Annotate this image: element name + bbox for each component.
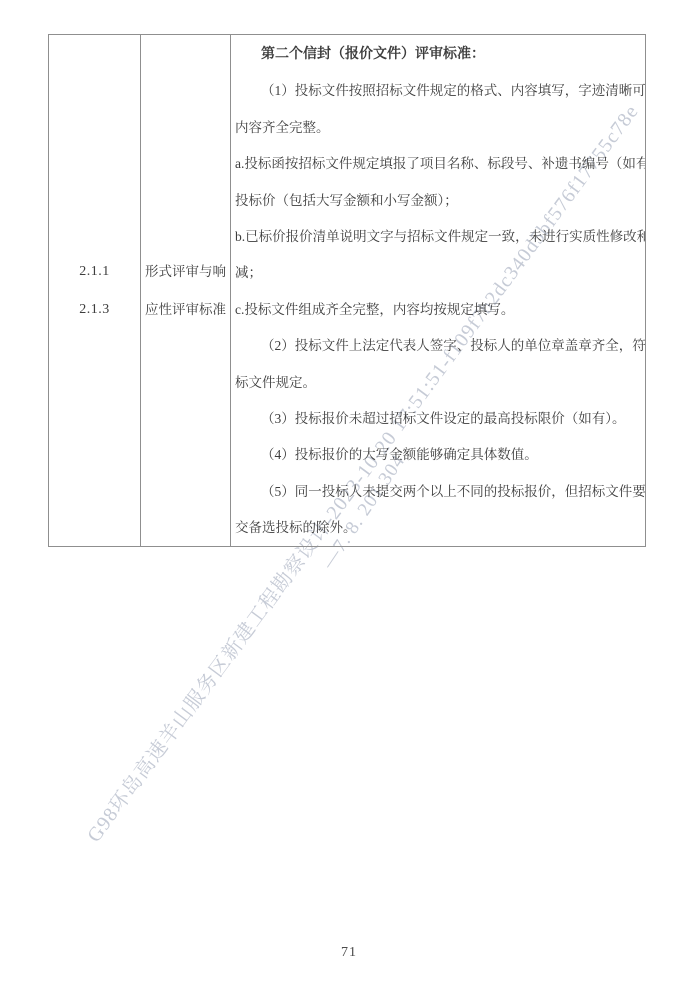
page-number: 71 [0, 945, 698, 961]
criteria-text-line: （5）同一投标人未提交两个以上不同的投标报价，但招标文件要求提 [235, 474, 641, 510]
criteria-text-line: c.投标文件组成齐全完整，内容均按规定填写。 [235, 292, 641, 328]
criteria-text-line: 内容齐全完整。 [235, 110, 641, 146]
clause-ref-cell: 2.1.12.1.3 [49, 35, 141, 546]
category-label-line: 形式评审与响 [145, 253, 226, 291]
criteria-heading-line: 第二个信封（报价文件）评审标准： [235, 37, 641, 73]
criteria-text-line: （4）投标报价的大写金额能够确定具体数值。 [235, 437, 641, 473]
criteria-text-line: a.投标函按招标文件规定填报了项目名称、标段号、补遗书编号（如有）、 [235, 146, 641, 182]
evaluation-criteria-table: 2.1.12.1.3 形式评审与响应性评审标准 第二个信封（报价文件）评审标准：… [48, 34, 646, 547]
clause-ref: 2.1.1 [79, 253, 110, 291]
document-page: G98环岛高速羊山服务区新建工程勘察设计-2023-10-20 17:51:51… [0, 0, 698, 988]
criteria-text-line: （2）投标文件上法定代表人签字、投标人的单位章盖章齐全，符合招 [235, 328, 641, 364]
criteria-text-line: 减； [235, 255, 641, 291]
criteria-text-line: 交备选投标的除外。 [235, 510, 641, 546]
category-label-line: 应性评审标准 [145, 291, 226, 329]
criteria-text-line: b.已标价报价清单说明文字与招标文件规定一致，未进行实质性修改和删 [235, 219, 641, 255]
criteria-text-line: 标文件规定。 [235, 365, 641, 401]
criteria-text-line: （1）投标文件按照招标文件规定的格式、内容填写，字迹清晰可辨， [235, 73, 641, 109]
criteria-cell: 第二个信封（报价文件）评审标准：（1）投标文件按照招标文件规定的格式、内容填写，… [231, 35, 645, 546]
criteria-text-line: （3）投标报价未超过招标文件设定的最高投标限价（如有）。 [235, 401, 641, 437]
clause-ref: 2.1.3 [79, 291, 110, 329]
category-cell: 形式评审与响应性评审标准 [141, 35, 231, 546]
criteria-text-line: 投标价（包括大写金额和小写金额）； [235, 183, 641, 219]
